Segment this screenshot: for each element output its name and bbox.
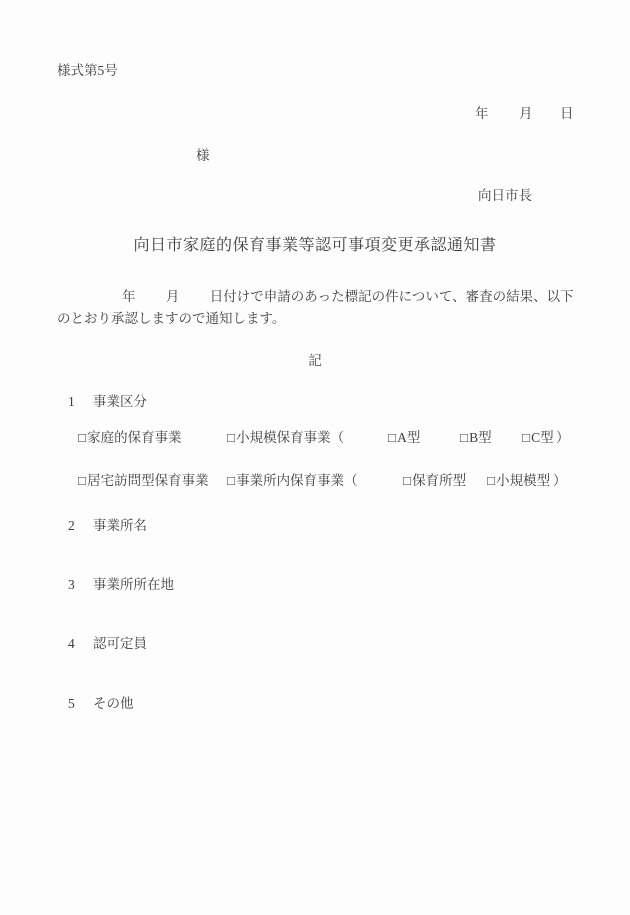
- form-number: 様式第5号: [57, 63, 118, 79]
- body-line-2: のとおり承認しますので通知します。: [57, 311, 285, 327]
- row1-closing-paren: ）: [556, 430, 570, 446]
- option-label: 小規模保育事業（: [236, 430, 344, 445]
- checkbox-icon: □: [227, 473, 235, 488]
- row2-closing-paren: ）: [553, 473, 567, 489]
- section-2-label: 事業所名: [93, 518, 147, 534]
- option-label: 居宅訪問型保育事業: [87, 473, 209, 488]
- checkbox-option-family-daycare: □家庭的保育事業: [78, 430, 182, 446]
- checkbox-option-workplace: □事業所内保育事業（: [227, 473, 358, 489]
- section-4-number: 4: [68, 636, 75, 652]
- document-title: 向日市家庭的保育事業等認可事項変更承認通知書: [0, 236, 630, 255]
- checkbox-icon: □: [522, 430, 530, 445]
- checkbox-icon: □: [460, 430, 468, 445]
- option-label: C型: [531, 430, 554, 445]
- date-day-label: 日: [560, 106, 574, 122]
- checkbox-option-type-b: □B型: [460, 430, 492, 446]
- section-2-number: 2: [68, 518, 75, 534]
- checkbox-option-small-scale: □小規模保育事業（: [227, 430, 344, 446]
- checkbox-icon: □: [403, 473, 411, 488]
- checkbox-icon: □: [487, 473, 495, 488]
- document-page: 様式第5号 年 月 日 様 向日市長 向日市家庭的保育事業等認可事項変更承認通知…: [0, 0, 630, 915]
- section-5-label: その他: [93, 696, 134, 712]
- section-4-label: 認可定員: [93, 636, 147, 652]
- section-3-label: 事業所所在地: [93, 577, 174, 593]
- checkbox-option-type-c: □C型: [522, 430, 554, 446]
- section-5-number: 5: [68, 696, 75, 712]
- section-1-number: 1: [68, 394, 75, 410]
- option-label: A型: [397, 430, 420, 445]
- checkbox-icon: □: [78, 430, 86, 445]
- section-3-number: 3: [68, 577, 75, 593]
- checkbox-option-small-scale-type: □小規模型: [487, 473, 550, 489]
- body-line-1: 年 月 日付けで申請のあった標記の件について、審査の結果、以下: [122, 289, 574, 305]
- checkbox-icon: □: [388, 430, 396, 445]
- checkbox-icon: □: [78, 473, 86, 488]
- addressee-suffix: 様: [196, 148, 210, 164]
- option-label: 家庭的保育事業: [87, 430, 182, 445]
- option-label: 事業所内保育事業（: [236, 473, 358, 488]
- option-label: 小規模型: [496, 473, 550, 488]
- option-label: 保育所型: [412, 473, 466, 488]
- section-1-label: 事業区分: [93, 394, 147, 410]
- date-year-label: 年: [475, 106, 489, 122]
- ki-heading: 記: [0, 353, 630, 369]
- checkbox-option-home-visit: □居宅訪問型保育事業: [78, 473, 209, 489]
- date-month-label: 月: [519, 106, 533, 122]
- checkbox-option-hoikusho-type: □保育所型: [403, 473, 466, 489]
- sender-name: 向日市長: [478, 188, 532, 204]
- checkbox-option-type-a: □A型: [388, 430, 420, 446]
- option-label: B型: [469, 430, 492, 445]
- checkbox-icon: □: [227, 430, 235, 445]
